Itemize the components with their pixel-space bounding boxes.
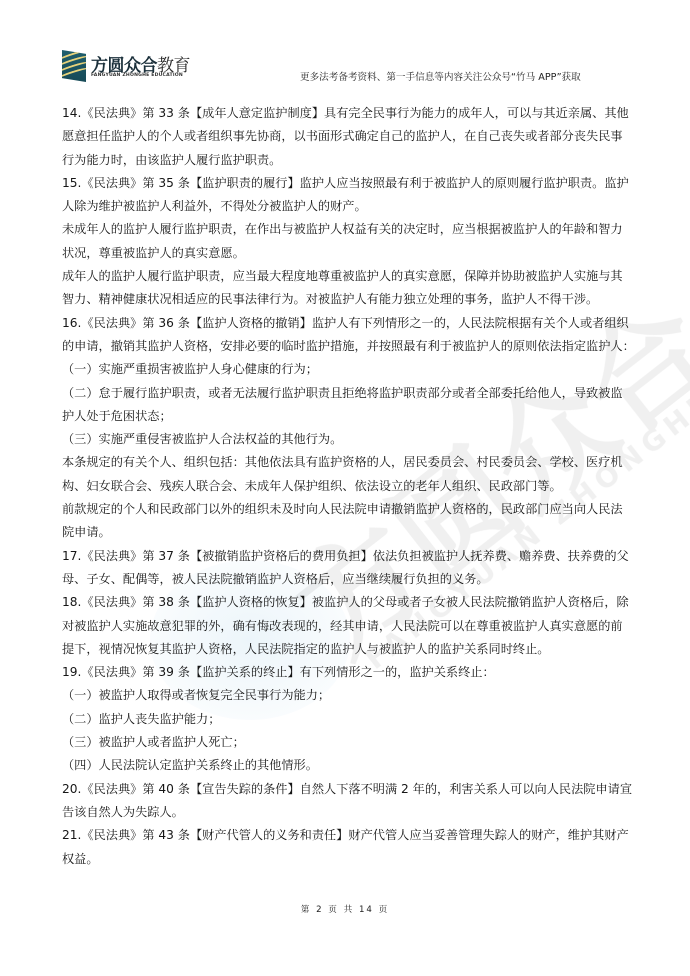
text-line: （二）怠于履行监护职责，或者无法履行监护职责且拒绝将监护职责部分或者全部委托给他… xyxy=(62,382,642,405)
text-line: 提下，视情况恢复其监护人资格，人民法院指定的监护人与被监护人的监护关系同时终止。 xyxy=(62,638,642,661)
text-line: 16.《民法典》第 36 条【监护人资格的撤销】监护人有下列情形之一的，人民法院… xyxy=(62,312,642,335)
text-line: （三）实施严重侵害被监护人合法权益的其他行为。 xyxy=(62,428,642,451)
text-line: 权益。 xyxy=(62,848,642,871)
logo-text-en: FANGYUAN ZHONGHE EDUCATION xyxy=(91,73,183,78)
text-line: （四）人民法院认定监护关系终止的其他情形。 xyxy=(62,754,642,777)
text-line: （三）被监护人或者监护人死亡； xyxy=(62,731,642,754)
text-line: 15.《民法典》第 35 条【监护职责的履行】监护人应当按照最有利于被监护人的原… xyxy=(62,172,642,195)
text-line: （一）被监护人取得或者恢复完全民事行为能力； xyxy=(62,684,642,707)
text-line: 14.《民法典》第 33 条【成年人意定监护制度】具有完全民事行为能力的成年人，… xyxy=(62,102,642,125)
document-page: 方圆众合 FANGYUAN ZHONGHE EDUCATION 方圆众合教育 F… xyxy=(0,0,690,976)
text-line: 的申请，撤销其监护人资格，安排必要的临时监护措施，并按照最有利于被监护人的原则依… xyxy=(62,335,642,358)
text-line: 17.《民法典》第 37 条【被撤销监护资格后的费用负担】依法负担被监护人抚养费… xyxy=(62,545,642,568)
text-line: （一）实施严重损害被监护人身心健康的行为； xyxy=(62,358,642,381)
logo-mark-icon xyxy=(62,50,86,82)
text-line: 院申请。 xyxy=(62,521,642,544)
text-line: 行为能力时，由该监护人履行监护职责。 xyxy=(62,149,642,172)
brand-logo: 方圆众合教育 FANGYUAN ZHONGHE EDUCATION xyxy=(62,50,192,86)
text-line: 母、子女、配偶等，被人民法院撤销监护人资格后，应当继续履行负担的义务。 xyxy=(62,568,642,591)
text-line: 21.《民法典》第 43 条【财产代管人的义务和责任】财产代管人应当妥善管理失踪… xyxy=(62,824,642,847)
text-line: 智力、精神健康状况相适应的民事法律行为。对被监护人有能力独立处理的事务，监护人不… xyxy=(62,288,642,311)
text-line: 愿意担任监护人的个人或者组织事先协商，以书面形式确定自己的监护人，在自己丧失或者… xyxy=(62,125,642,148)
text-line: 对被监护人实施故意犯罪的外，确有悔改表现的，经其申请，人民法院可以在尊重被监护人… xyxy=(62,615,642,638)
text-line: 人除为维护被监护人利益外，不得处分被监护人的财产。 xyxy=(62,195,642,218)
text-line: 护人处于危困状态； xyxy=(62,405,642,428)
text-line: 成年人的监护人履行监护职责，应当最大程度地尊重被监护人的真实意愿，保障并协助被监… xyxy=(62,265,642,288)
text-line: 20.《民法典》第 40 条【宣告失踪的条件】自然人下落不明满 2 年的，利害关… xyxy=(62,778,642,801)
text-line: 构、妇女联合会、残疾人联合会、未成年人保护组织、依法设立的老年人组织、民政部门等… xyxy=(62,475,642,498)
text-line: 告该自然人为失踪人。 xyxy=(62,801,642,824)
text-line: 状况，尊重被监护人的真实意愿。 xyxy=(62,242,642,265)
page-number: 第 2 页 共 14 页 xyxy=(0,903,690,915)
text-line: 18.《民法典》第 38 条【监护人资格的恢复】被监护人的父母或者子女被人民法院… xyxy=(62,591,642,614)
page-header: 方圆众合教育 FANGYUAN ZHONGHE EDUCATION 更多法考备考… xyxy=(0,0,690,100)
text-line: （二）监护人丧失监护能力； xyxy=(62,708,642,731)
header-note: 更多法考备考资料、第一手信息等内容关注公众号“竹马 APP”获取 xyxy=(300,69,581,83)
text-line: 本条规定的有关个人、组织包括：其他依法具有监护资格的人，居民委员会、村民委员会、… xyxy=(62,451,642,474)
text-line: 前款规定的个人和民政部门以外的组织未及时向人民法院申请撤销监护人资格的，民政部门… xyxy=(62,498,642,521)
text-line: 未成年人的监护人履行监护职责，在作出与被监护人权益有关的决定时，应当根据被监护人… xyxy=(62,218,642,241)
document-body: 14.《民法典》第 33 条【成年人意定监护制度】具有完全民事行为能力的成年人，… xyxy=(62,102,642,871)
text-line: 19.《民法典》第 39 条【监护关系的终止】有下列情形之一的，监护关系终止： xyxy=(62,661,642,684)
